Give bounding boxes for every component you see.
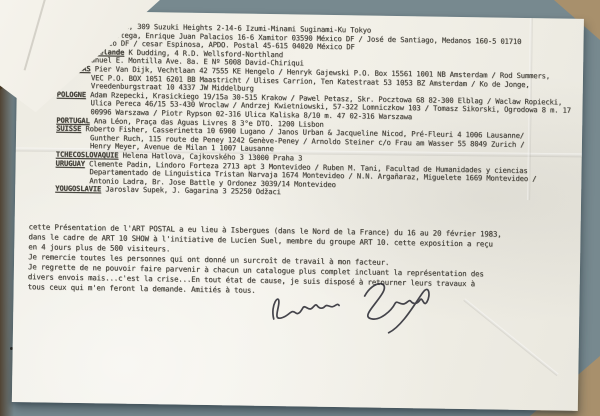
typed-letter-sheet: JAPON Hisami Kita, 309 Suzuki Heights 2-… — [12, 10, 584, 411]
country-label: SUISSE — [56, 124, 81, 133]
address-text: Jaroslav Supek, J. Gagarina 3 25250 Odža… — [101, 185, 281, 197]
country-label: POLOGNE — [57, 89, 86, 98]
handwritten-signature: Lucien Suel — [264, 268, 482, 350]
country-label: URUGUAY — [56, 158, 85, 167]
country-label: YOUGOSLAVIE — [55, 184, 101, 194]
overlapping-sheet-crease — [24, 0, 56, 71]
country-address-list: JAPON Hisami Kita, 309 Suzuki Heights 2-… — [55, 22, 584, 202]
